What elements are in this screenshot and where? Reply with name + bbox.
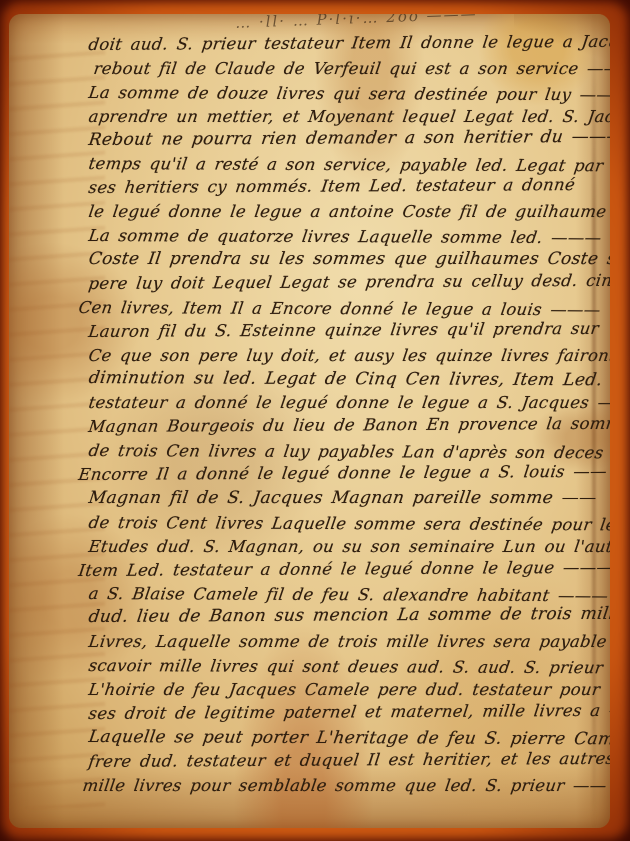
manuscript-text-block: doit aud. S. prieur testateur Item Il do… <box>87 33 604 798</box>
manuscript-page: … ·ll· … P·l·i·… 2oo ——— doit aud. S. pr… <box>9 14 610 828</box>
manuscript-line: rebout fil de Claude de Verfeuil qui est… <box>92 57 607 81</box>
manuscript-line: La somme de quatorze livres Laquelle som… <box>87 224 607 250</box>
manuscript-line: ses droit de legitime paternel et matern… <box>87 699 608 726</box>
manuscript-line: scavoir mille livres qui sont deues aud.… <box>87 654 607 680</box>
manuscript-line: pere luy doit Lequel Legat se prendra su… <box>87 269 608 296</box>
manuscript-line: le legué donne le legue a antoine Coste … <box>87 200 607 224</box>
manuscript-line: dud. lieu de Banon sus mencion La somme … <box>87 603 608 630</box>
manuscript-line: ses heritiers cy nommés. Item Led. testa… <box>87 173 608 200</box>
cutoff-header-line: … ·ll· … P·l·i·… 2oo ——— <box>235 14 595 32</box>
manuscript-line: Lauron fil du S. Esteinne quinze livres … <box>87 317 608 344</box>
manuscript-line: Coste Il prendra su les sommes que guilh… <box>87 248 607 272</box>
manuscript-line: Encorre Il a donné le legué donne le leg… <box>77 460 608 487</box>
manuscript-line: diminution su led. Legat de Cinq Cen liv… <box>87 367 607 393</box>
manuscript-line: Magnan fil de S. Jacques Magnan pareille… <box>87 487 607 511</box>
manuscript-line: Item Led. testateur a donné le legué don… <box>77 555 608 582</box>
manuscript-line: mille livres pour semblable somme que le… <box>81 774 607 798</box>
manuscript-line: Etudes dud. S. Magnan, ou su son seminai… <box>87 535 607 559</box>
manuscript-line: La somme de douze livres qui sera destin… <box>87 81 607 107</box>
manuscript-line: Livres, Laquelle somme de trois mille li… <box>87 630 607 654</box>
manuscript-line: Rebout ne pourra rien demander a son her… <box>87 125 608 152</box>
manuscript-line: Ce que son pere luy doit, et ausy les qu… <box>87 344 607 368</box>
manuscript-line: frere dud. testateur et duquel Il est he… <box>87 747 608 774</box>
manuscript-line: doit aud. S. prieur testateur Item Il do… <box>87 30 608 57</box>
manuscript-line: aprendre un mettier, et Moyenant lequel … <box>87 105 607 129</box>
manuscript-line: de trois Cent livres Laquelle somme sera… <box>87 511 607 537</box>
manuscript-line: Magnan Bourgeois du lieu de Banon En pro… <box>87 412 608 439</box>
